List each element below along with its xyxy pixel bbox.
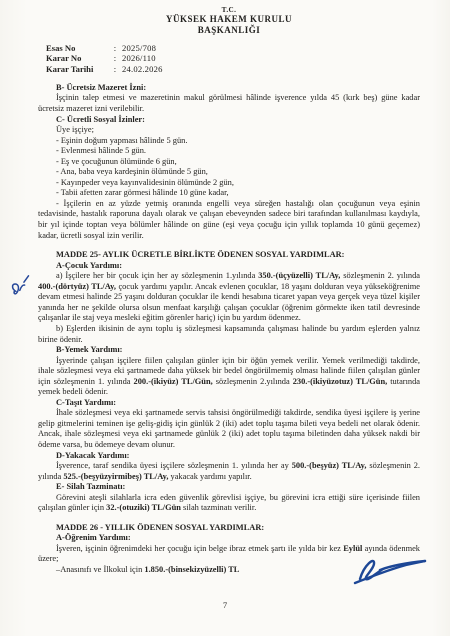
list-line: - Tabii afetten zarar görmesi hâlinde 10… <box>38 188 420 199</box>
header-republic-line: T.C. <box>38 6 420 14</box>
signature-ink-icon <box>352 552 430 594</box>
meta-label: Esas No <box>46 43 108 53</box>
meta-row-esas-no: Esas No : 2025/708 <box>46 43 420 53</box>
meta-row-karar-no: Karar No : 2026/110 <box>46 53 420 63</box>
document-header: T.C. YÜKSEK HAKEM KURULU BAŞKANLIĞI <box>38 6 420 36</box>
document-body: B- Ücretsiz Mazeret İzni:İşçinin talep e… <box>38 83 420 576</box>
header-institution-line: YÜKSEK HAKEM KURULU <box>38 14 420 25</box>
header-department-line: BAŞKANLIĞI <box>38 25 420 36</box>
meta-row-karar-tarihi: Karar Tarihi : 24.02.2026 <box>46 64 420 74</box>
list-line: - Ana, baba veya kardeşinin ölümünde 5 g… <box>38 167 420 178</box>
list-line: Üye işçiye; <box>38 125 420 136</box>
paragraph: İşçinin talep etmesi ve mazeretinin maku… <box>38 93 420 114</box>
line-gap <box>38 241 420 250</box>
paragraph: İşyerinde çalışan işçilere fiilen çalışı… <box>38 356 420 398</box>
list-line: - Eşinin doğum yapması hâlinde 5 gün. <box>38 136 420 147</box>
section-heading: B-Yemek Yardımı: <box>38 345 420 356</box>
meta-separator: : <box>108 64 122 74</box>
section-heading: C-Taşıt Yardımı: <box>38 398 420 409</box>
meta-separator: : <box>108 43 122 53</box>
meta-value: 24.02.2026 <box>122 64 163 74</box>
section-heading: A-Çocuk Yardımı: <box>38 261 420 272</box>
paragraph: b) Eşlerden ikisinin de aynı toplu iş sö… <box>38 324 420 345</box>
page-number: 7 <box>0 600 450 610</box>
article-heading: MADDE 26 - YILLIK ÖDENEN SOSYAL YARDIMLA… <box>38 523 420 534</box>
paragraph: - İşçilerin en az yüzde yetmiş oranında … <box>38 199 420 241</box>
approver-signature <box>352 552 430 594</box>
list-line: - Kayınpeder veya kayınvalidesinin ölümü… <box>38 178 420 189</box>
paragraph: a) İşçilere her bir çocuk için her ay sö… <box>38 271 420 324</box>
meta-label: Karar Tarihi <box>46 64 108 74</box>
list-line: - Evlenmesi hâlinde 5 gün. <box>38 146 420 157</box>
section-heading: B- Ücretsiz Mazeret İzni: <box>38 83 420 94</box>
meta-label: Karar No <box>46 53 108 63</box>
meta-value: 2026/110 <box>122 53 156 63</box>
list-line: - Eş ve çocuğunun ölümünde 6 gün, <box>38 157 420 168</box>
scanned-document-page: T.C. YÜKSEK HAKEM KURULU BAŞKANLIĞI Esas… <box>0 0 450 636</box>
paragraph: İhale sözleşmesi veya eki şartnamede ser… <box>38 408 420 450</box>
section-heading: D-Yakacak Yardımı: <box>38 451 420 462</box>
section-heading: C- Ücretli Sosyal İzinler: <box>38 115 420 126</box>
meta-separator: : <box>108 53 122 63</box>
line-gap <box>38 514 420 523</box>
decision-meta: Esas No : 2025/708 Karar No : 2026/110 K… <box>46 43 420 74</box>
meta-value: 2025/708 <box>122 43 156 53</box>
paragraph: Görevini ateşli silahlarla icra eden güv… <box>38 493 420 514</box>
section-heading: A-Öğrenim Yardımı: <box>38 533 420 544</box>
section-heading: E- Silah Tazminatı: <box>38 482 420 493</box>
article-heading: MADDE 25- AYLIK ÜCRETLE BİRLİKTE ÖDENEN … <box>38 250 420 261</box>
paragraph: İşverence, taraf sendika üyesi işçilere … <box>38 461 420 482</box>
